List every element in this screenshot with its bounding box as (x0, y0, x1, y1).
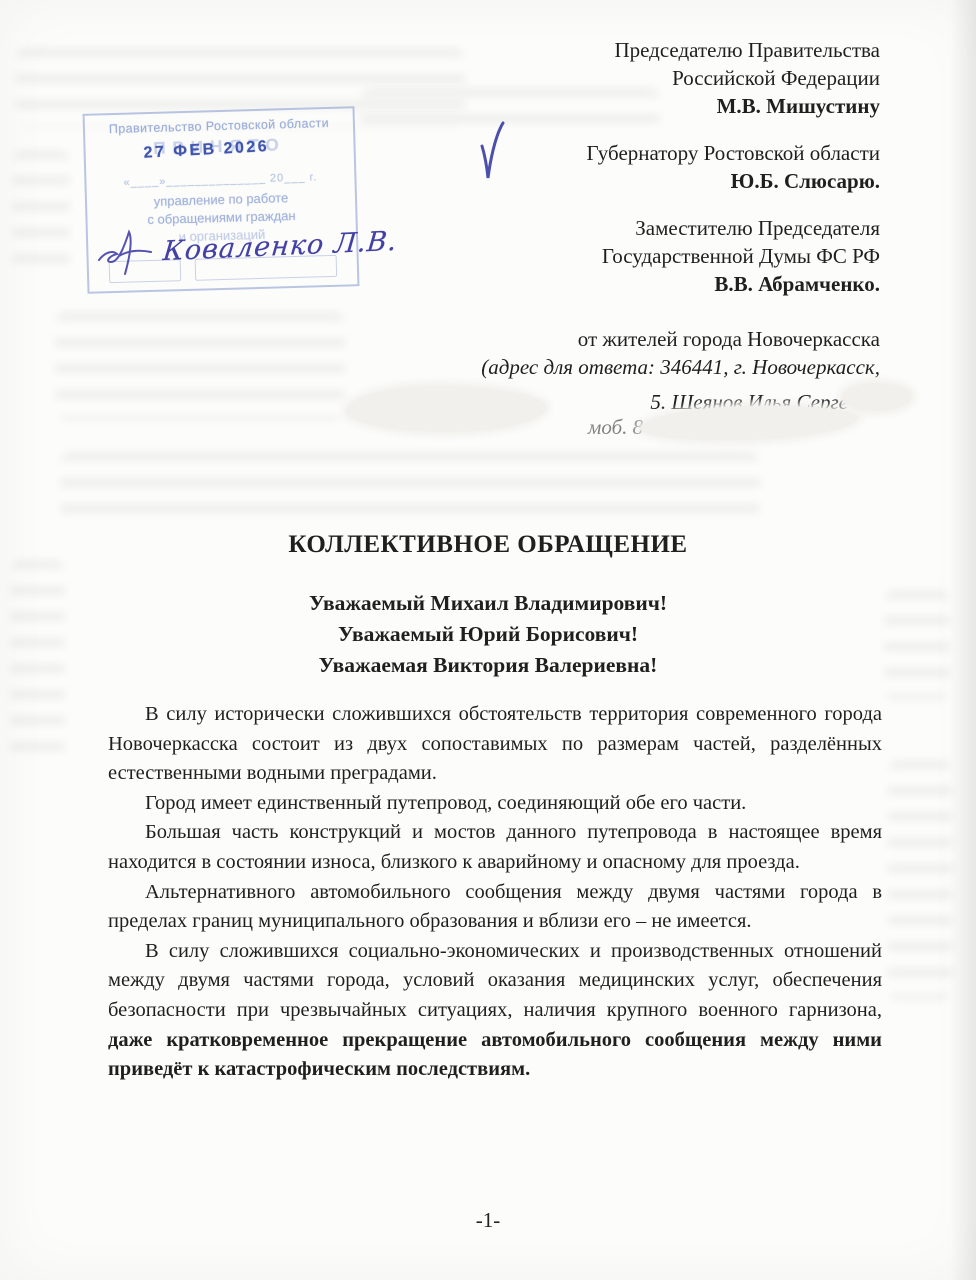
body-paragraph: В силу сложившихся социально-экономическ… (108, 937, 882, 1085)
redaction-blob (842, 383, 912, 411)
letter-body: В силу исторически сложившихся обстоятел… (108, 700, 882, 1085)
recipient-group: Председателю Правительства Российской Фе… (481, 36, 880, 120)
redaction-blob (346, 386, 546, 432)
salutation-line: Уважаемая Виктория Валериевна! (0, 650, 976, 681)
bleed-through-smudge (55, 312, 345, 420)
recipient-title-line: Заместителю Председателя (481, 214, 880, 242)
document-title: КОЛЛЕКТИВНОЕ ОБРАЩЕНИЕ (0, 531, 976, 559)
stamp-blank-line: «____»______________ 20___ г. (86, 170, 354, 189)
sender-block: от жителей города Новочеркасска (адрес д… (481, 325, 880, 381)
bleed-through-smudge (12, 150, 70, 280)
recipient-name: В.В. Абрамченко. (481, 270, 880, 298)
signature-scribble-icon (95, 226, 167, 278)
body-paragraph: Город имеет единственный путепровод, сое… (108, 789, 882, 819)
bleed-through-smudge (60, 452, 760, 518)
scanned-letter-page: Председателю Правительства Российской Фе… (0, 0, 976, 1280)
recipient-title-line: Российской Федерации (481, 64, 880, 92)
page-number: -1- (0, 1208, 976, 1233)
salutation-line: Уважаемый Юрий Борисович! (0, 619, 976, 650)
salutation-line: Уважаемый Михаил Владимирович! (0, 588, 976, 619)
recipient-name: Ю.Б. Слюсарю. (481, 167, 880, 195)
sender-address-line: (адрес для ответа: 346441, г. Новочеркас… (481, 353, 880, 381)
recipient-title-line: Губернатору Ростовской области (481, 139, 880, 167)
sender-phone-fragment: моб. 8 (588, 415, 643, 440)
salutation-block: Уважаемый Михаил Владимирович! Уважаемый… (0, 588, 976, 681)
addressee-block: Председателю Правительства Российской Фе… (481, 36, 880, 381)
recipient-title-line: Государственной Думы ФС РФ (481, 242, 880, 270)
body-paragraph: В силу исторически сложившихся обстоятел… (108, 700, 882, 789)
recipient-title-line: Председателю Правительства (481, 36, 880, 64)
bleed-through-smudge (888, 760, 952, 1000)
recipient-name: М.В. Мишустину (481, 92, 880, 120)
recipient-group: Заместителю Председателя Государственной… (481, 214, 880, 298)
check-mark-icon (477, 120, 511, 186)
body-paragraph: Большая часть конструкций и мостов данно… (108, 818, 882, 877)
body-paragraph: Альтернативного автомобильного сообщения… (108, 878, 882, 937)
sender-from-line: от жителей города Новочеркасска (481, 325, 880, 353)
page-edge-shadow (950, 0, 976, 1280)
recipient-group: Губернатору Ростовской области Ю.Б. Слюс… (481, 139, 880, 195)
